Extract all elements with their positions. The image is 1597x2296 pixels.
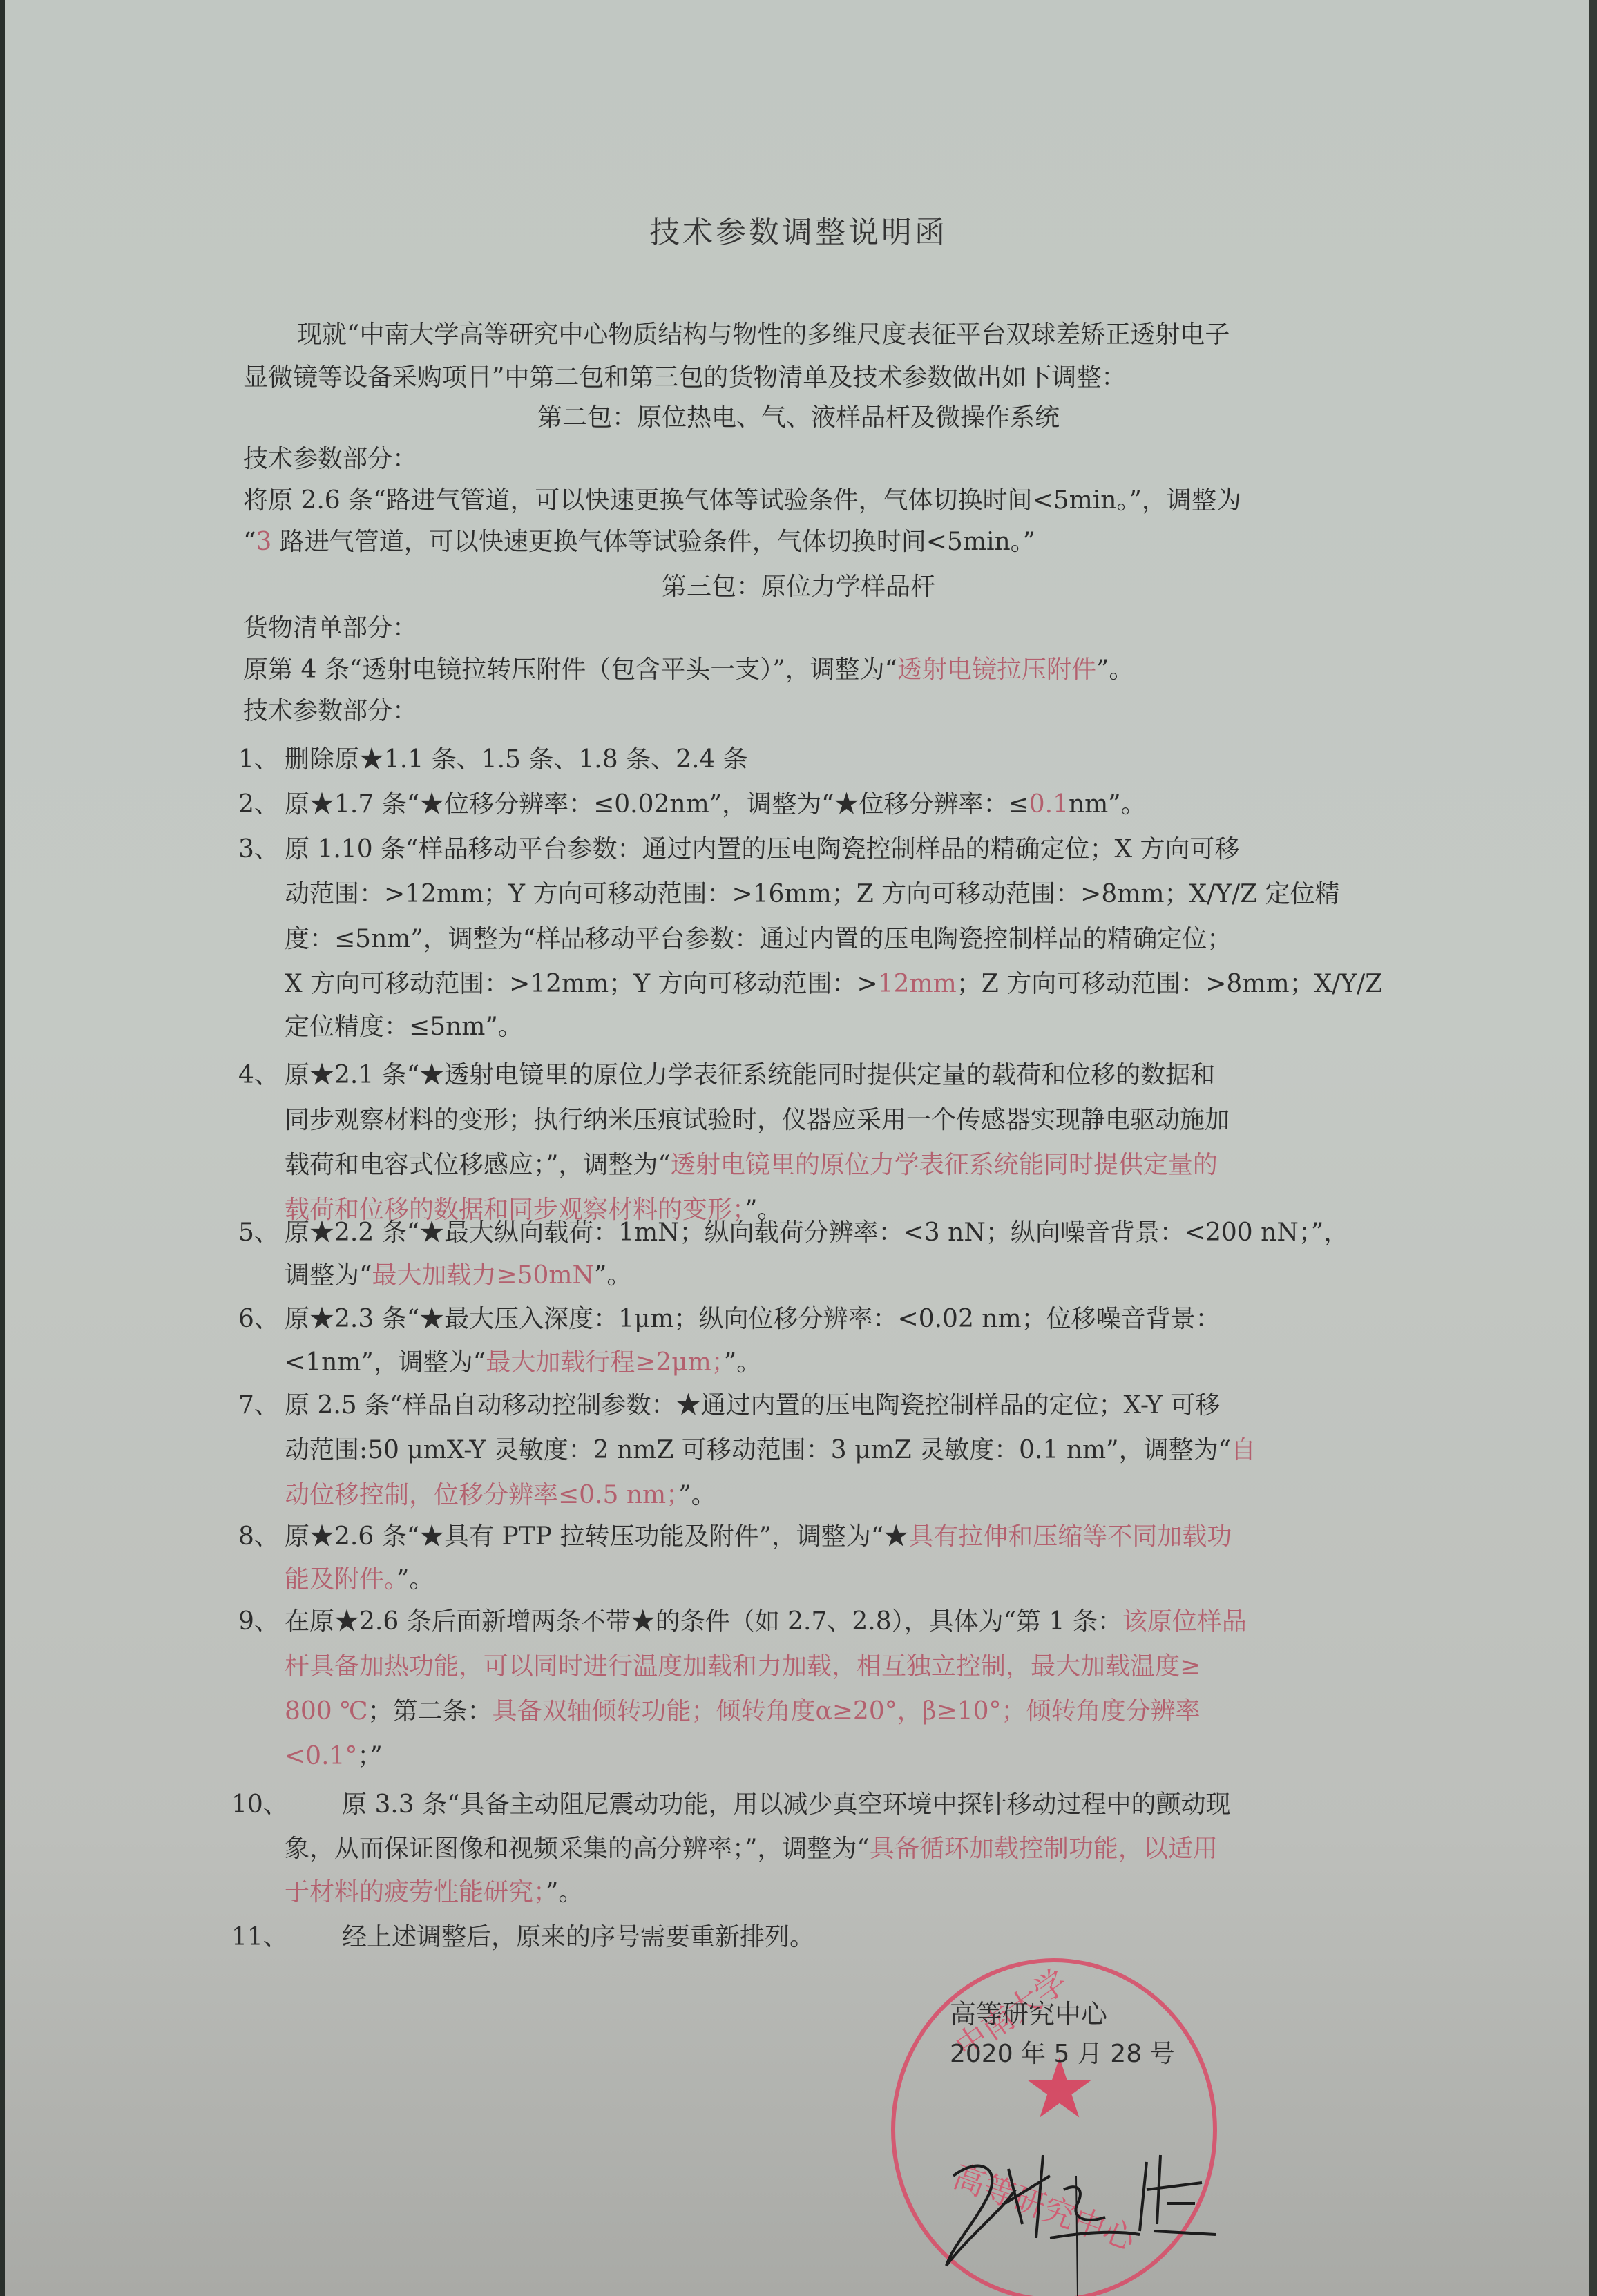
item-text-line: 原 1.10 条“样品移动平台参数：通过内置的压电陶瓷控制样品的精确定位；X 方… [285,832,1240,867]
item-number: 8、 [238,1520,279,1554]
revision-text: 具备循环加载控制功能，以适用 [870,1835,1218,1863]
item-text-line: 原★2.2 条“★最大纵向载荷：1mN；纵向载荷分辨率：<3 nN；纵向噪音背景… [285,1216,1348,1250]
revision-text: 杆具备加热功能，可以同时进行温度加载和力加载，相互独立控制，最大加载温度≥ [285,1652,1201,1681]
revision-text: 12mm [878,970,957,998]
revision-text: 该原位样品 [1122,1607,1247,1636]
item-text-line: 载荷和电容式位移感应；”，调整为“透射电镜里的原位力学表征系统能同时提供定量的 [285,1148,1218,1183]
intro-line-2: 显微镜等设备采购项目”中第二包和第三包的货物清单及技术参数做出如下调整： [243,361,1126,395]
intro-line-1: 现就“中南大学高等研究中心物质结构与物性的多维尺度表征平台双球差矫正透射电子 [297,318,1230,352]
item-text-line: 原 3.3 条“具备主动阻尼震动功能，用以减少真空环境中探针移动过程中的颤动现 [342,1788,1231,1822]
item-number: 11、 [231,1920,288,1955]
item-text-line: 同步观察材料的变形；执行纳米压痕试验时，仪器应采用一个传感器实现静电驱动施加 [285,1103,1230,1138]
signing-date: 2020 年 5 月 28 号 [950,2034,1175,2069]
item-text-line: 动位移控制，位移分辨率≤0.5 nm；”。 [285,1478,716,1513]
item-text-line: 定位精度：≤5nm”。 [285,1010,523,1044]
revision-text: 透射电镜里的原位力学表征系统能同时提供定量的 [671,1151,1218,1179]
revision-text: 800 ℃ [285,1697,367,1725]
revision-text: <0.1° [285,1742,357,1770]
package2-line-1: 将原 2.6 条“路进气管道，可以快速更换气体等试验条件，气体切换时间<5min… [243,484,1241,518]
revision-text: 自 [1231,1436,1256,1464]
item-text-line: <1nm”，调整为“最大加载行程≥2μm；”。 [285,1346,761,1380]
item-text-line: 经上述调整后，原来的序号需要重新排列。 [342,1920,814,1955]
item-text-line: 能及附件。”。 [285,1562,434,1597]
item-text-line: 度：≤5nm”，调整为“样品移动平台参数：通过内置的压电陶瓷控制样品的精确定位； [285,922,1232,957]
package2-line-2: “3 路进气管道，可以快速更换气体等试验条件，气体切换时间<5min。” [243,525,1035,559]
revision-text: 最大加载行程≥2μm； [486,1348,724,1377]
item-number: 1、 [238,743,279,777]
item-text: 删除原★1.1 条、1.5 条、1.8 条、2.4 条 [285,743,748,777]
document-title: 技术参数调整说明函 [0,207,1597,251]
revision-text: 最大加载力≥50mN [372,1261,594,1290]
item-text-line: 象，从而保证图像和视频采集的高分辨率；”，调整为“具备循环加载控制功能，以适用 [285,1832,1218,1866]
item-text-line: 动范围：>12mm；Y 方向可移动范围：>16mm；Z 方向可移动范围：>8mm… [285,877,1340,912]
package3-tech-label: 技术参数部分： [243,694,417,729]
signing-organization: 高等研究中心 [950,1993,1107,2031]
package2-heading: 第二包：原位热电、气、液样品杆及微操作系统 [0,401,1597,435]
item-text: 原★1.7 条“★位移分辨率：≤0.02nm”，调整为“★位移分辨率：≤0.1n… [285,787,1146,822]
package2-tech-label: 技术参数部分： [243,442,417,477]
revision-text: 具有拉伸和压缩等不同加载功 [908,1522,1232,1551]
item-text-line: 在原★2.6 条后面新增两条不带★的条件（如 2.7、2.8），具体为“第 1 … [285,1605,1247,1639]
package3-goods-line: 原第 4 条“透射电镜拉转压附件（包含平头一支）”，调整为“透射电镜拉压附件”。 [243,653,1134,687]
item-number: 2、 [238,787,279,822]
item-text-line: 原★2.1 条“★透射电镜里的原位力学表征系统能同时提供定量的载荷和位移的数据和 [285,1058,1215,1093]
item-number: 3、 [238,832,279,867]
item-number: 9、 [238,1605,279,1639]
document-page: 技术参数调整说明函 现就“中南大学高等研究中心物质结构与物性的多维尺度表征平台双… [0,0,1597,2296]
revision-text: 0.1 [1029,790,1069,819]
item-text-line: <0.1°；” [285,1739,383,1774]
revision-text: 具备双轴倾转功能；倾转角度α≥20°，β≥10°；倾转角度分辨率 [492,1697,1200,1725]
handwritten-signature-icon [939,2127,1230,2296]
item-text-line: 于材料的疲劳性能研究；”。 [285,1875,583,1910]
item-text-line: 调整为“最大加载力≥50mN”。 [285,1259,631,1293]
item-text-line: 原★2.3 条“★最大压入深度：1μm；纵向位移分辨率：<0.02 nm；位移噪… [285,1302,1221,1337]
item-text-line: 原 2.5 条“样品自动移动控制参数：★通过内置的压电陶瓷控制样品的定位；X-Y… [285,1388,1220,1423]
item-text-line: 800 ℃；第二条：具备双轴倾转功能；倾转角度α≥20°，β≥10°；倾转角度分… [285,1694,1201,1729]
package3-goods-label: 货物清单部分： [243,611,417,646]
revision-text: 动位移控制，位移分辨率≤0.5 nm； [285,1481,678,1509]
revision-text: 能及附件。 [285,1565,396,1594]
revision-text: 3 [256,528,271,556]
revision-text: 于材料的疲劳性能研究； [285,1878,546,1906]
item-text-line: 杆具备加热功能，可以同时进行温度加载和力加载，相互独立控制，最大加载温度≥ [285,1649,1201,1684]
item-number: 4、 [238,1058,279,1093]
item-number: 10、 [231,1788,288,1822]
package3-heading: 第三包：原位力学样品杆 [0,570,1597,604]
item-text-line: X 方向可移动范围：>12mm；Y 方向可移动范围：>12mm；Z 方向可移动范… [285,967,1382,1002]
item-number: 7、 [238,1388,279,1423]
item-number: 6、 [238,1302,279,1337]
revision-text: 透射电镜拉压附件 [897,656,1096,684]
item-text-line: 原★2.6 条“★具有 PTP 拉转压功能及附件”，调整为“★具有拉伸和压缩等不… [285,1520,1232,1554]
item-text-line: 动范围:50 μmX-Y 灵敏度：2 nmZ 可移动范围：3 μmZ 灵敏度：0… [285,1433,1256,1468]
item-number: 5、 [238,1216,279,1250]
